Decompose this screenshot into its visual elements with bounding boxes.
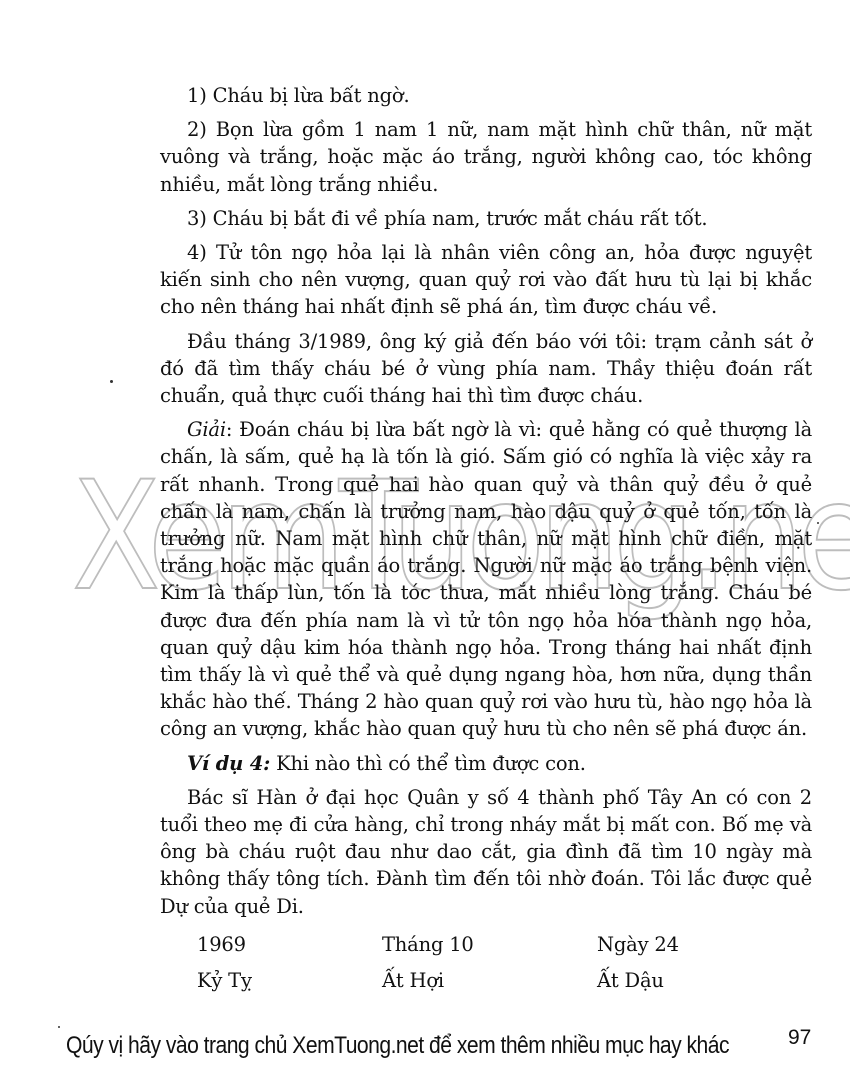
month-cell: Tháng 10 xyxy=(382,931,597,958)
date-row-lunar: Kỷ Tỵ Ất Hợi Ất Dậu xyxy=(197,963,812,999)
month-cell: Ất Hợi xyxy=(382,967,597,994)
paragraph-explanation: Giải: Đoán cháu bị lừa bất ngờ là vì: qu… xyxy=(160,416,812,742)
date-table: 1969 Tháng 10 Ngày 24 Kỷ Tỵ Ất Hợi Ất Dậ… xyxy=(160,927,812,999)
paragraph: 4) Tử tôn ngọ hỏa lại là nhân viên công … xyxy=(160,239,812,321)
date-row-solar: 1969 Tháng 10 Ngày 24 xyxy=(197,927,812,963)
example-heading: Ví dụ 4: Khi nào thì có thể tìm được con… xyxy=(160,750,812,777)
day-cell: Ất Dậu xyxy=(597,967,797,994)
footer-promo: Qúy vị hãy vào trang chủ XemTuong.net để… xyxy=(66,1032,729,1060)
day-cell: Ngày 24 xyxy=(597,931,797,958)
paragraph: Bác sĩ Hàn ở đại học Quân y số 4 thành p… xyxy=(160,784,812,920)
year-cell: 1969 xyxy=(197,931,382,958)
page-number: 97 xyxy=(788,1026,811,1050)
paragraph: 2) Bọn lừa gồm 1 nam 1 nữ, nam mặt hình … xyxy=(160,116,812,198)
paragraph: Đầu tháng 3/1989, ông ký giả đến báo với… xyxy=(160,328,812,410)
scan-speck xyxy=(817,522,819,524)
scan-speck xyxy=(110,380,113,383)
paragraph: 1) Cháu bị lừa bất ngờ. xyxy=(160,82,812,109)
explanation-label: Giải xyxy=(187,418,226,441)
page-body: 1) Cháu bị lừa bất ngờ. 2) Bọn lừa gồm 1… xyxy=(160,82,812,999)
scan-speck xyxy=(58,1026,60,1028)
year-cell: Kỷ Tỵ xyxy=(197,967,382,994)
example-label: Ví dụ 4: xyxy=(187,752,270,775)
paragraph: 3) Cháu bị bắt đi về phía nam, trước mắt… xyxy=(160,205,812,232)
